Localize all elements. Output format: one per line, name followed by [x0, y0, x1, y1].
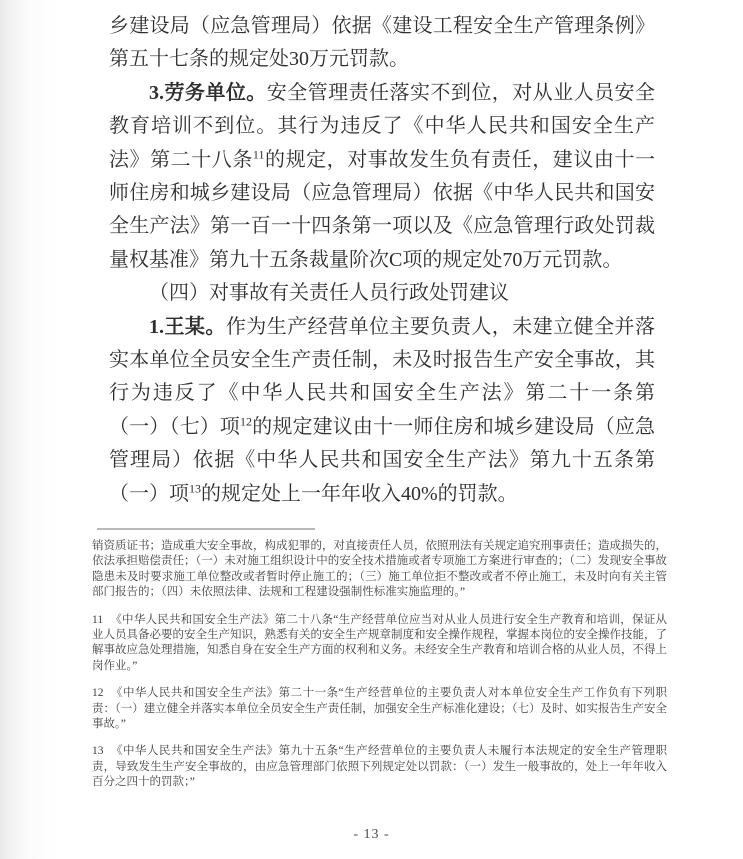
footnote-number: 12: [92, 687, 104, 699]
footnote-text: 《中华人民共和国安全生产法》第九十五条“生产经营单位的主要负责人未履行本法规定的…: [92, 745, 667, 788]
footnote-separator: [97, 528, 315, 530]
footnote-number: 13: [92, 745, 104, 757]
footnote-number: 11: [92, 614, 103, 626]
footnote-item-12: 12《中华人民共和国安全生产法》第二十一条“生产经营单位的主要负责人对本单位安全…: [92, 686, 667, 732]
footnote-text: 《中华人民共和国安全生产法》第二十一条“生产经营单位的主要负责人对本单位安全生产…: [92, 687, 667, 730]
emphasis-run: 3.劳务单位。: [149, 82, 267, 104]
footnote-continuation: 销资质证书；造成重大安全事故，构成犯罪的，对直接责任人员，依照刑法有关规定追究刑…: [92, 539, 667, 601]
footnote-text: 《中华人民共和国安全生产法》第二十八条“生产经营单位应当对从业人员进行安全生产教…: [92, 614, 667, 672]
footnote-item-11: 11《中华人民共和国安全生产法》第二十八条“生产经营单位应当对从业人员进行安全生…: [92, 613, 667, 675]
document-body: 乡建设局（应急管理局）依据《建设工程安全生产管理条例》第五十七条的规定处30万元…: [109, 10, 655, 511]
text-run: 乡建设局（应急管理局）依据《建设工程安全生产管理条例》第五十七条的规定处30万元…: [109, 15, 655, 70]
footnotes-section: 销资质证书；造成重大安全事故，构成犯罪的，对直接责任人员，依照刑法有关规定追究刑…: [92, 539, 667, 803]
text-run: （四）对事故有关责任人员行政处罚建议: [149, 282, 509, 304]
page-number: - 13 -: [0, 827, 743, 843]
body-paragraph: （四）对事故有关责任人员行政处罚建议: [109, 277, 655, 310]
document-page: 乡建设局（应急管理局）依据《建设工程安全生产管理条例》第五十七条的规定处30万元…: [0, 0, 743, 859]
body-paragraph: 乡建设局（应急管理局）依据《建设工程安全生产管理条例》第五十七条的规定处30万元…: [109, 10, 655, 77]
footnote-item-13: 13《中华人民共和国安全生产法》第九十五条“生产经营单位的主要负责人未履行本法规…: [92, 744, 667, 790]
footnote-ref-13: 13: [189, 481, 201, 495]
footnote-ref-11: 11: [253, 147, 265, 161]
footnote-ref-12: 12: [240, 414, 252, 428]
text-run: 的规定处上一年年收入40%的罚款。: [201, 483, 518, 505]
body-paragraph: 3.劳务单位。安全管理责任落实不到位，对从业人员安全教育培训不到位。其行为违反了…: [109, 77, 655, 277]
emphasis-run: 1.王某。: [149, 316, 226, 338]
body-paragraph: 1.王某。作为生产经营单位主要负责人，未建立健全并落实本单位全员安全生产责任制，…: [109, 311, 655, 511]
